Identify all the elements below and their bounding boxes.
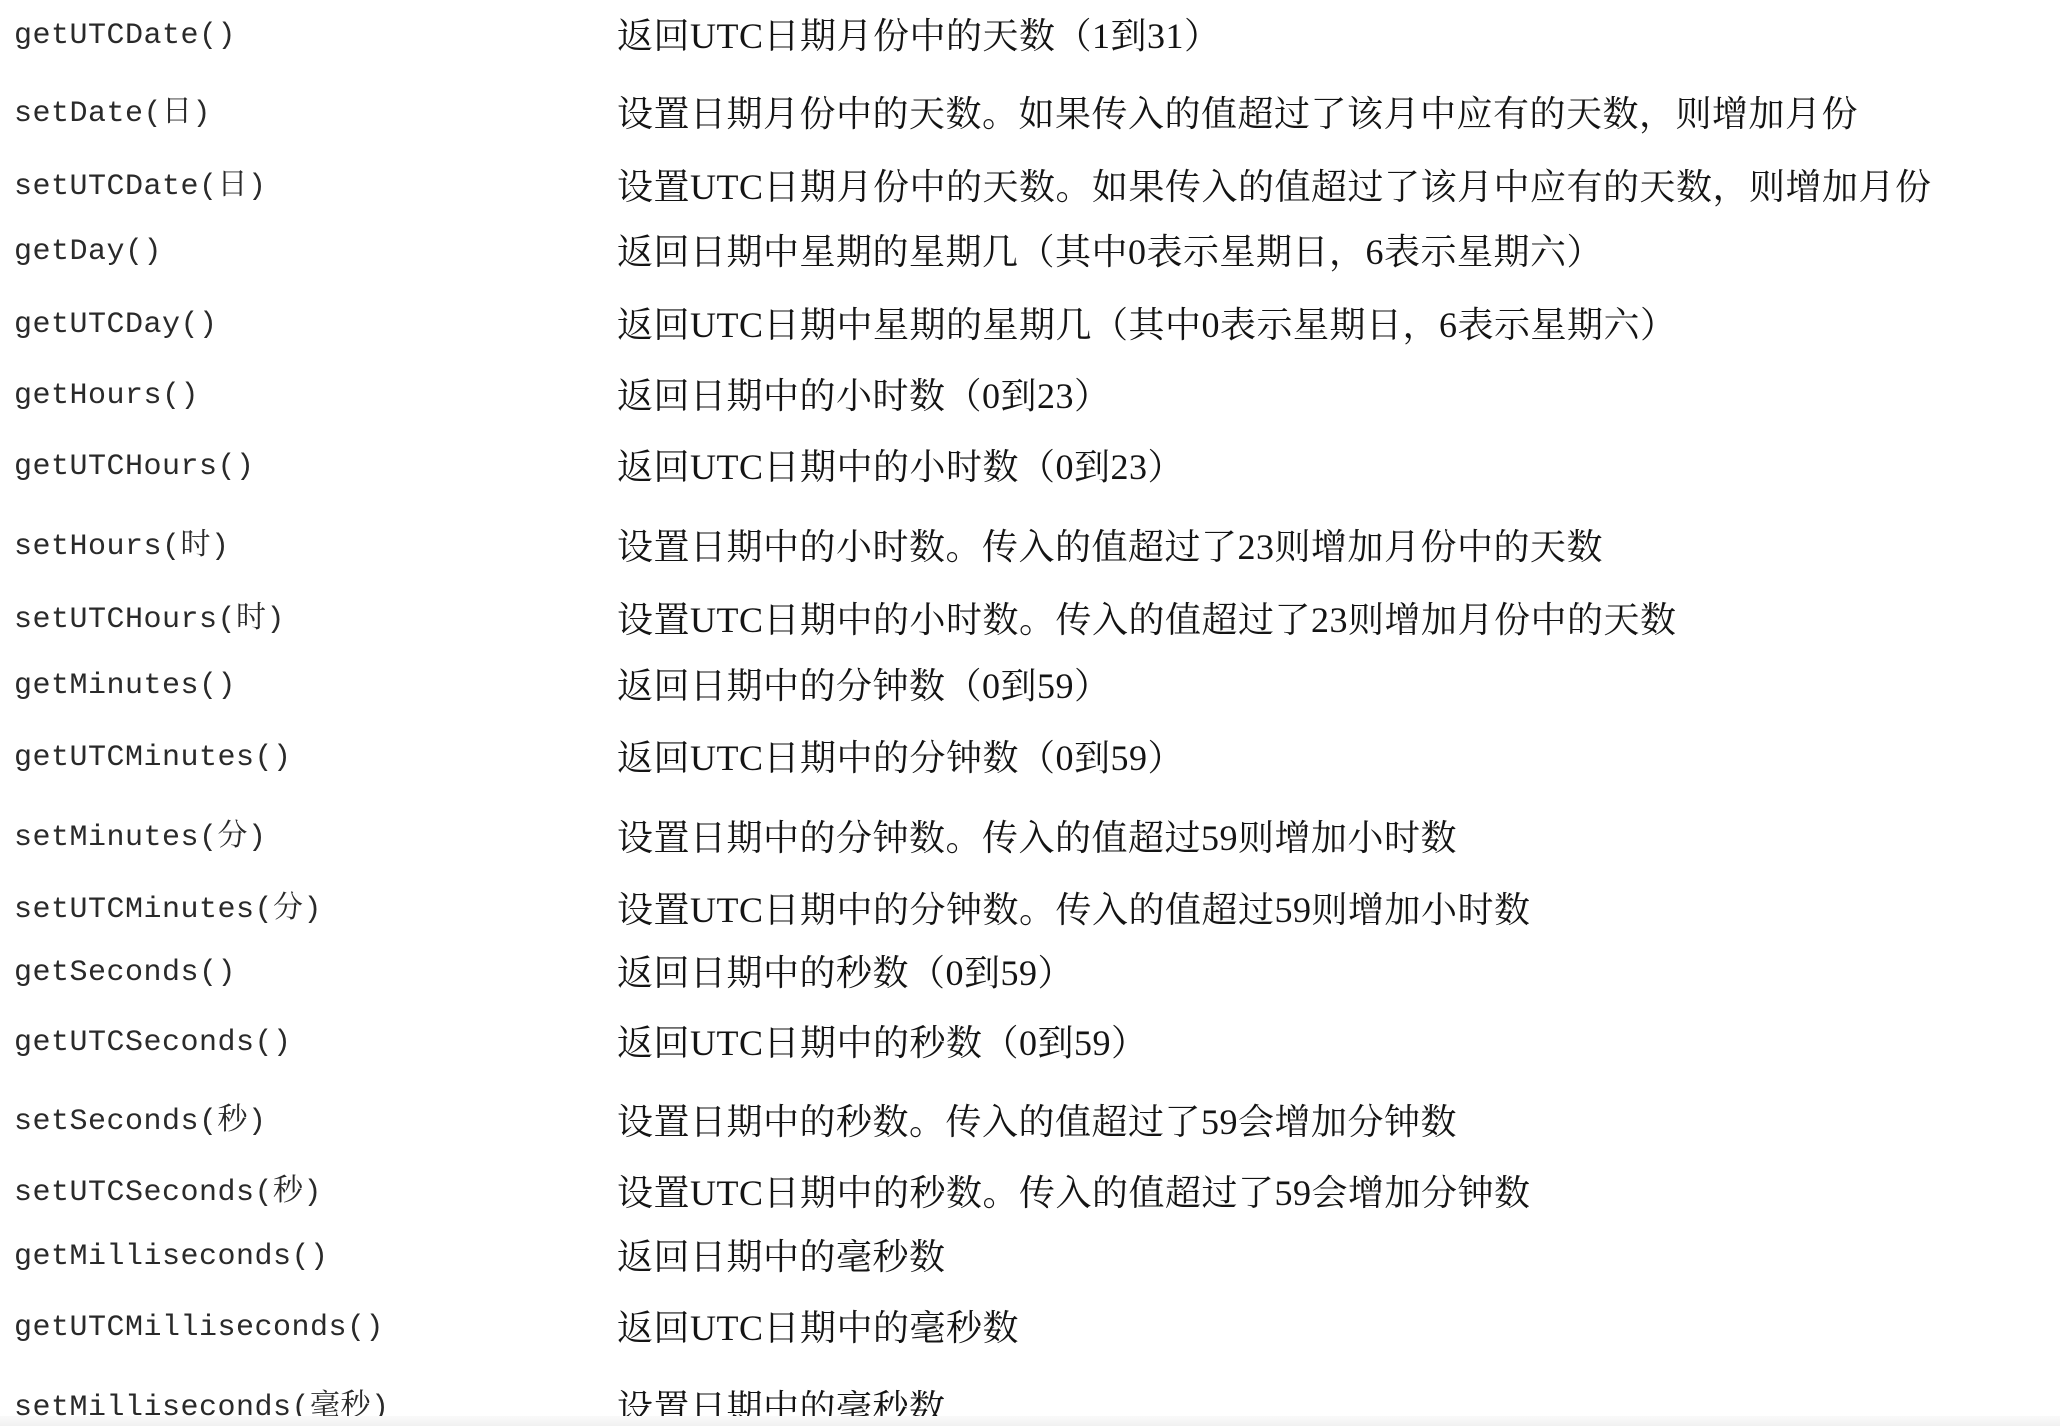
method-description: 设置UTC日期中的小时数。传入的值超过了23则增加月份中的天数 [617, 602, 1677, 638]
method-description: 返回UTC日期中的分钟数（0到59） [617, 740, 1184, 776]
method-description: 返回日期中的秒数（0到59） [617, 955, 1074, 991]
method-name: getUTCDate() [14, 21, 236, 51]
method-description: 返回日期中的毫秒数 [617, 1239, 946, 1275]
method-name: setMinutes(分) [14, 823, 267, 853]
method-name: getUTCHours() [14, 452, 255, 482]
method-name: setDate(日) [14, 99, 211, 129]
method-name: getUTCDay() [14, 310, 218, 340]
method-name: setUTCSeconds(秒) [14, 1178, 322, 1208]
method-description: 设置日期中的分钟数。传入的值超过59则增加小时数 [617, 820, 1457, 856]
method-name: getHours() [14, 381, 199, 411]
method-description: 设置日期中的小时数。传入的值超过了23则增加月份中的天数 [617, 529, 1603, 565]
page-bottom-edge [0, 1416, 2060, 1426]
method-name: setUTCHours(时) [14, 605, 285, 635]
method-name: getUTCMilliseconds() [14, 1313, 384, 1343]
method-name: setHours(时) [14, 532, 230, 562]
method-description: 返回日期中星期的星期几（其中0表示星期日，6表示星期六） [617, 234, 1603, 270]
method-description: 设置日期月份中的天数。如果传入的值超过了该月中应有的天数，则增加月份 [617, 96, 1858, 132]
method-description: 返回UTC日期中的毫秒数 [617, 1310, 1019, 1346]
method-description: 返回UTC日期中的小时数（0到23） [617, 449, 1184, 485]
method-description: 返回日期中的小时数（0到23） [617, 378, 1111, 414]
method-name: getSeconds() [14, 958, 236, 988]
method-name: getUTCMinutes() [14, 743, 292, 773]
method-description: 设置UTC日期月份中的天数。如果传入的值超过了该月中应有的天数，则增加月份 [617, 169, 1932, 205]
method-name: getUTCSeconds() [14, 1028, 292, 1058]
method-name: getDay() [14, 237, 162, 267]
method-description: 设置UTC日期中的分钟数。传入的值超过59则增加小时数 [617, 892, 1531, 928]
method-description: 设置日期中的秒数。传入的值超过了59会增加分钟数 [617, 1104, 1457, 1140]
method-description: 返回UTC日期中的秒数（0到59） [617, 1025, 1148, 1061]
method-description: 设置UTC日期中的秒数。传入的值超过了59会增加分钟数 [617, 1175, 1531, 1211]
method-name: setUTCMinutes(分) [14, 895, 322, 925]
method-description: 返回UTC日期月份中的天数（1到31） [617, 18, 1221, 54]
method-name: getMinutes() [14, 671, 236, 701]
method-name: getMilliseconds() [14, 1242, 329, 1272]
document-page: getUTCDate() 返回UTC日期月份中的天数（1到31） setDate… [0, 0, 2060, 1426]
method-name: setUTCDate(日) [14, 172, 267, 202]
method-name: setSeconds(秒) [14, 1107, 267, 1137]
method-description: 返回日期中的分钟数（0到59） [617, 668, 1111, 704]
method-description: 返回UTC日期中星期的星期几（其中0表示星期日，6表示星期六） [617, 307, 1677, 343]
